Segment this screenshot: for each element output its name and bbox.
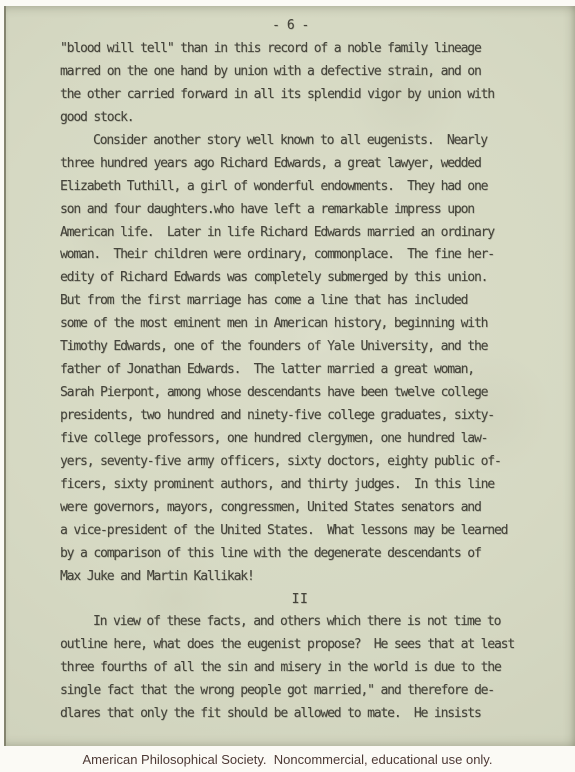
typed-line: Sarah Pierpont, among whose descendants …	[60, 385, 540, 408]
footer-credit-band: American Philosophical Society. Noncomme…	[0, 746, 575, 772]
typed-line: dlares that only the fit should be allow…	[60, 706, 540, 729]
typed-line: good stock.	[60, 110, 540, 133]
typed-line: Elizabeth Tuthill, a girl of wonderful e…	[60, 179, 540, 202]
typed-line: were governors, mayors, congressmen, Uni…	[60, 500, 540, 523]
typed-line: Timothy Edwards, one of the founders of …	[60, 339, 540, 362]
typed-line: son and four daughters.who have left a r…	[60, 202, 540, 225]
typed-line: In view of these facts, and others which…	[60, 614, 540, 637]
typed-line: father of Jonathan Edwards. The latter m…	[60, 362, 540, 385]
typed-line: three fourths of all the sin and misery …	[60, 660, 540, 683]
typed-line: a vice-president of the United States. W…	[60, 523, 540, 546]
typed-line: woman. Their children were ordinary, com…	[60, 247, 540, 270]
typed-line: Max Juke and Martin Kallikak!	[60, 569, 540, 592]
typed-line: yers, seventy-five army officers, sixty …	[60, 454, 540, 477]
scanned-document-page: { "page": { "number_label": "- 6 -", "fo…	[0, 0, 575, 772]
typed-line: five college professors, one hundred cle…	[60, 431, 540, 454]
typed-line: ficers, sixty prominent authors, and thi…	[60, 477, 540, 500]
typed-line: But from the first marriage has come a l…	[60, 293, 540, 316]
typed-line: Consider another story well known to all…	[60, 133, 540, 156]
paper-sheet: - 6 - "blood will tell" than in this rec…	[4, 6, 575, 746]
typed-line: edity of Richard Edwards was completely …	[60, 270, 540, 293]
typed-line: II	[60, 592, 540, 615]
typed-line: marred on the one hand by union with a d…	[60, 64, 540, 87]
footer-credit-text: American Philosophical Society. Noncomme…	[83, 752, 493, 767]
typed-line: the other carried forward in all its spl…	[60, 87, 540, 110]
typed-line: outline here, what does the eugenist pro…	[60, 637, 540, 660]
typed-line: single fact that the wrong people got ma…	[60, 683, 540, 706]
typed-line: presidents, two hundred and ninety-five …	[60, 408, 540, 431]
typed-line: by a comparison of this line with the de…	[60, 546, 540, 569]
typed-text-block: "blood will tell" than in this record of…	[60, 41, 540, 729]
page-number: - 6 -	[6, 18, 575, 33]
typed-line: some of the most eminent men in American…	[60, 316, 540, 339]
typed-line: three hundred years ago Richard Edwards,…	[60, 156, 540, 179]
typed-line: American life. Later in life Richard Edw…	[60, 225, 540, 248]
typed-line: "blood will tell" than in this record of…	[60, 41, 540, 64]
